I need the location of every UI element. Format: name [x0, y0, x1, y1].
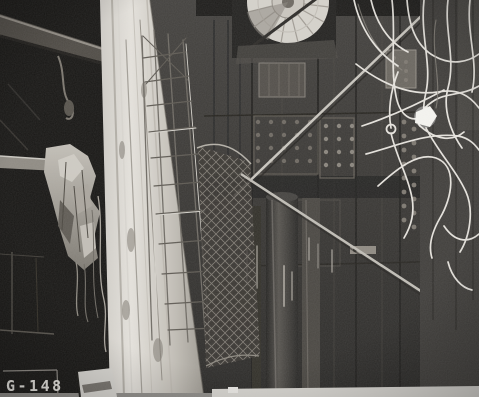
photo-canvas: G-148	[0, 0, 479, 397]
vignette-overlay	[0, 0, 479, 397]
photograph: G-148	[0, 0, 479, 397]
